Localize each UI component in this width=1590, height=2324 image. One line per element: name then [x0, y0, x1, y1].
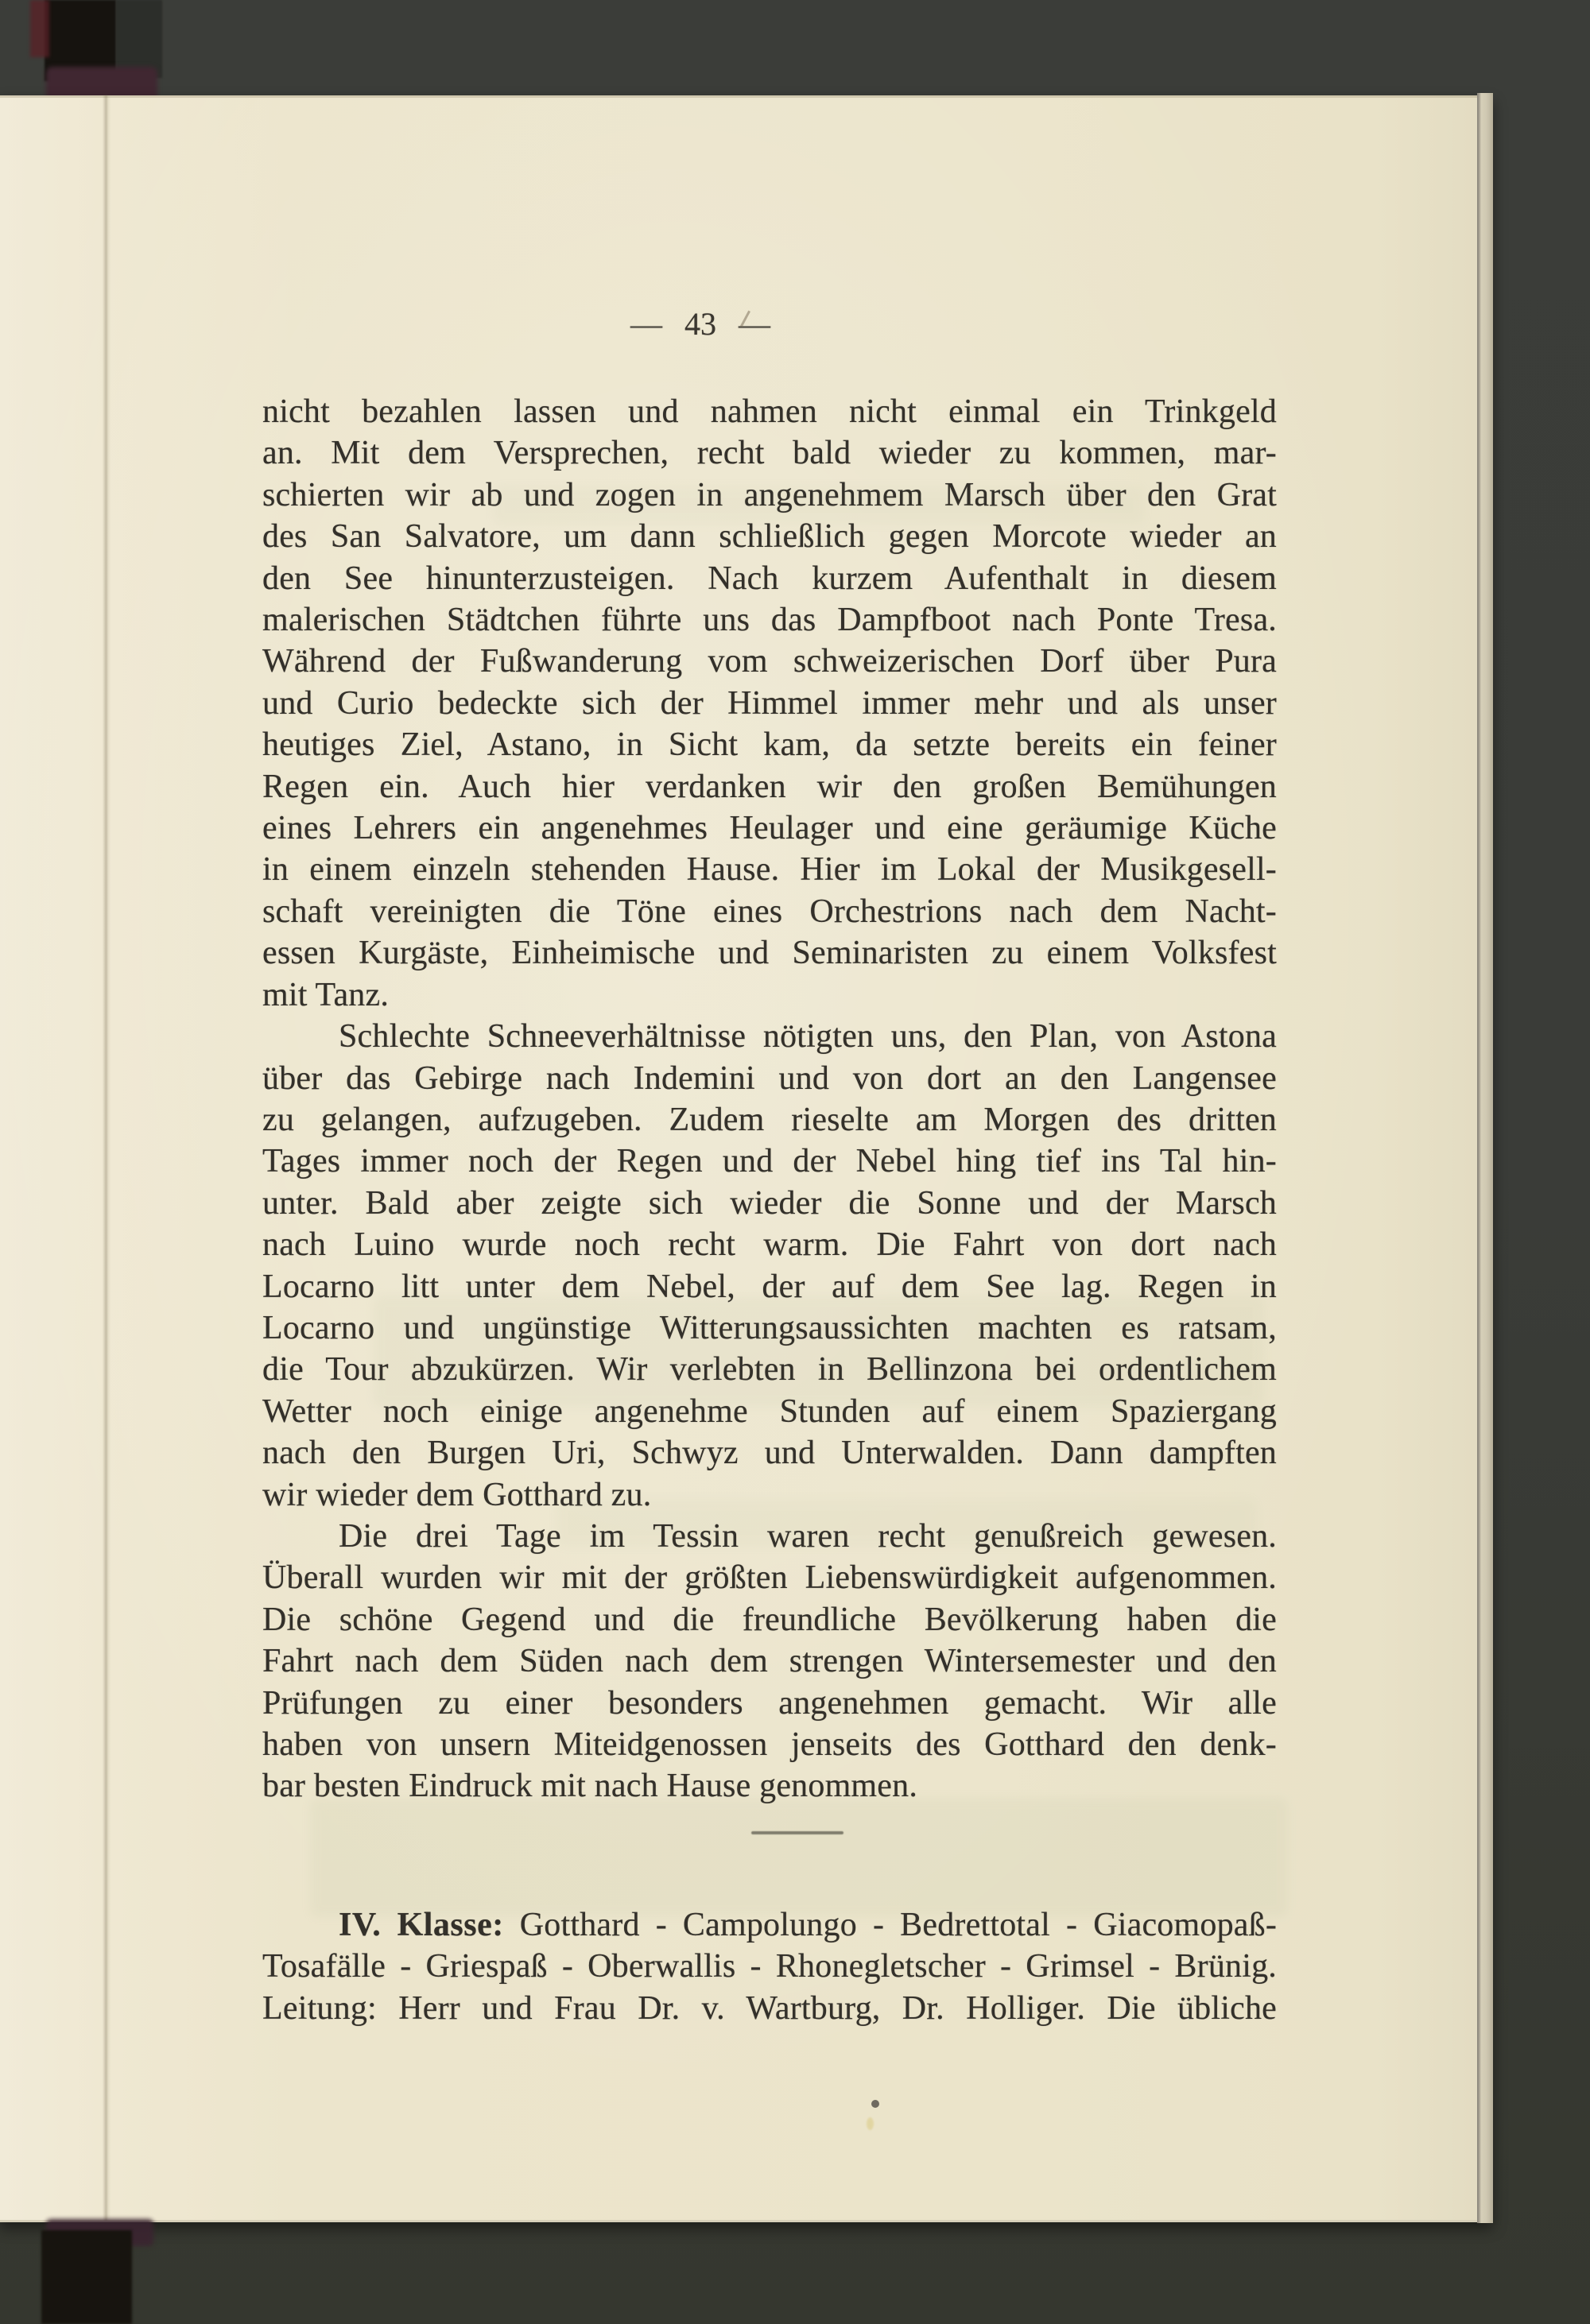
- page-number: 43: [684, 306, 716, 342]
- text-line: haben von unsern Miteidgenossen jenseits…: [262, 1724, 1277, 1765]
- section-divider-rule: [751, 1831, 843, 1834]
- text-line: heutiges Ziel, Astano, in Sicht kam, da …: [262, 724, 1277, 765]
- page-fore-edge: [1477, 93, 1493, 2223]
- paragraph: Die drei Tage im Tessin waren recht genu…: [262, 1516, 1277, 1807]
- text-line: IV. Klasse:Gotthard - Campolungo - Bedre…: [262, 1904, 1277, 1946]
- binding-red-mark: [30, 0, 49, 57]
- text-line: Prüfungen zu einer besonders angenehmen …: [262, 1683, 1277, 1724]
- scan-stain: [867, 2117, 874, 2130]
- text-line: wir wieder dem Gotthard zu.: [262, 1474, 1277, 1516]
- text-line: schierten wir ab und zogen in angenehmem…: [262, 474, 1277, 516]
- text-line: Tages immer noch der Regen und der Nebel…: [262, 1141, 1277, 1182]
- text-line: in einem einzeln stehenden Hause. Hier i…: [262, 849, 1277, 890]
- text-line: mit Tanz.: [262, 974, 1277, 1016]
- show-through-4: [310, 1798, 1288, 1917]
- text-line: bar besten Eindruck mit nach Hause genom…: [262, 1765, 1277, 1807]
- text-line: Die schöne Gegend und die freundliche Be…: [262, 1599, 1277, 1640]
- text-line: schaft vereinigten die Töne eines Orches…: [262, 891, 1277, 932]
- header-left-dash: —: [630, 306, 662, 342]
- text-line: Wetter noch einige angenehme Stunden auf…: [262, 1391, 1277, 1432]
- text-line: des San Salvatore, um dann schließlich g…: [262, 516, 1277, 557]
- paragraph: nicht bezahlen lassen und nahmen nicht e…: [262, 391, 1277, 1016]
- text-line: Während der Fußwanderung vom schweizeris…: [262, 641, 1277, 682]
- text-line: über das Gebirge nach Indemini und von d…: [262, 1058, 1277, 1099]
- scan-speck: [871, 2100, 879, 2108]
- paragraph: IV. Klasse:Gotthard - Campolungo - Bedre…: [262, 1904, 1277, 2029]
- text-line: Fahrt nach dem Süden nach dem strengen W…: [262, 1640, 1277, 1682]
- text-line: Regen ein. Auch hier verdanken wir den g…: [262, 766, 1277, 808]
- text-line: Locarno und ungünstige Witterungsaussich…: [262, 1307, 1277, 1349]
- text-line: die Tour abzukürzen. Wir verlebten in Be…: [262, 1349, 1277, 1390]
- text-line: Tosafälle - Griespaß - Oberwallis - Rhon…: [262, 1946, 1277, 1987]
- page-number-header: —43—: [0, 305, 1401, 343]
- binding-strip-bottom: [41, 2230, 132, 2324]
- text-line: nicht bezahlen lassen und nahmen nicht e…: [262, 391, 1277, 432]
- class-route-paragraph: IV. Klasse:Gotthard - Campolungo - Bedre…: [262, 1904, 1277, 2029]
- text-line: Leitung: Herr und Frau Dr. v. Wartburg, …: [262, 1988, 1277, 2029]
- page-crease: [103, 95, 111, 2221]
- text-line: an. Mit dem Versprechen, recht bald wied…: [262, 432, 1277, 474]
- text-line: zu gelangen, aufzugeben. Zudem rieselte …: [262, 1099, 1277, 1141]
- text-line: nach Luino wurde noch recht warm. Die Fa…: [262, 1224, 1277, 1265]
- text-line: und Curio bedeckte sich der Himmel immer…: [262, 683, 1277, 724]
- scanned-book-page: —43— nicht bezahlen lassen und nahmen ni…: [0, 0, 1590, 2324]
- text-line: eines Lehrers ein angenehmes Heulager un…: [262, 808, 1277, 849]
- text-line: Überall wurden wir mit der größten Liebe…: [262, 1557, 1277, 1598]
- text-line: essen Kurgäste, Einheimische und Seminar…: [262, 932, 1277, 974]
- text-line: malerischen Städtchen führte uns das Dam…: [262, 599, 1277, 641]
- text-line: Die drei Tage im Tessin waren recht genu…: [262, 1516, 1277, 1557]
- paragraph-lead-label: IV. Klasse:: [339, 1907, 504, 1943]
- text-line: Locarno litt unter dem Nebel, der auf de…: [262, 1266, 1277, 1307]
- text-line: unter. Bald aber zeigte sich wieder die …: [262, 1183, 1277, 1224]
- text-line: Schlechte Schneeverhältnisse nötigten un…: [262, 1016, 1277, 1057]
- paragraph: Schlechte Schneeverhältnisse nötigten un…: [262, 1016, 1277, 1516]
- main-text-block: nicht bezahlen lassen und nahmen nicht e…: [262, 391, 1277, 1807]
- text-line: den See hinunterzusteigen. Nach kurzem A…: [262, 558, 1277, 599]
- text-line: nach den Burgen Uri, Schwyz und Unterwal…: [262, 1432, 1277, 1474]
